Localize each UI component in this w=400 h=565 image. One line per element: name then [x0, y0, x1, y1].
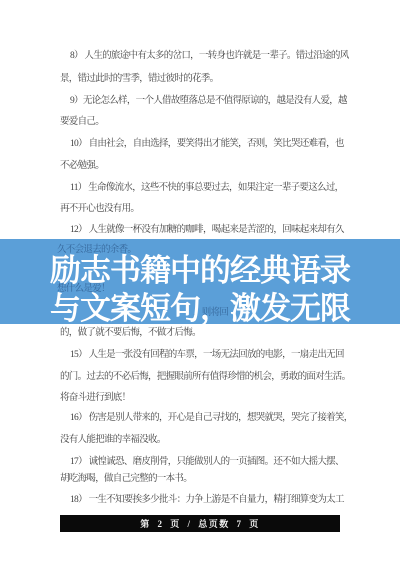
doc-line: 的，做了就不要后悔，不做才后悔。 — [60, 327, 201, 339]
doc-line: 16） 伤害是别人带来的，开心是自己寻找的，想哭就哭，哭完了接着笑， — [70, 412, 353, 424]
doc-line: 胡吃海喝，做自己完整的一本书。 — [60, 473, 192, 485]
doc-line: 没有人能把谁的幸福没收。 — [60, 434, 166, 446]
page-number-bar: 第 2 页 / 总页数 7 页 — [60, 515, 340, 532]
doc-line: 11） 生命像流水，这些不快的事总要过去，如果注定一辈子要这么过， — [70, 182, 343, 194]
doc-line: 要爱自己。 — [60, 116, 104, 128]
doc-line: 15） 人生是一张没有回程的车票，一场无法回放的电影，一扇走出无回 — [70, 349, 344, 361]
doc-line: 12） 人生就像一杯没有加糖的咖啡，喝起来是苦涩的，回味起来却有久 — [70, 224, 344, 236]
doc-line: 8） 人生的旅途中有太多的岔口，一转身也许就是一辈子。错过沿途的风 — [70, 50, 349, 62]
doc-line: 景，错过此时的雪季，错过彼时的花季。 — [60, 73, 218, 85]
doc-line: 18） 一生不知要挨多少批斗：力争上游是不自量力，精打细算变为太工 — [70, 494, 344, 506]
document-page: 8） 人生的旅途中有太多的岔口，一转身也许就是一辈子。错过沿途的风景，错过此时的… — [0, 0, 400, 565]
doc-line: 9）无论怎么样，一个人借故堕落总是不值得原谅的，越是没有人爱，越 — [70, 95, 347, 107]
doc-line: 将奋斗进行到底！ — [60, 392, 130, 404]
doc-line: 的门。过去的不必后悔，把握眼前所有值得珍惜的机会，勇敢的面对生活。 — [60, 371, 350, 383]
banner-title-line-2: 与文案短句，激发无限 — [0, 283, 400, 328]
doc-line: 17） 诚惶诚恐、磨皮削骨，只能做别人的一页插图。还不如大摇大摆、 — [70, 456, 344, 468]
doc-line: 再不开心也没有用。 — [60, 203, 139, 215]
doc-line: 不必勉强。 — [60, 160, 104, 172]
doc-line: 10） 自由社会，自由选择，要笑得出才能笑，否则，笑比哭还难看，也 — [70, 138, 344, 150]
page-number-label: 第 2 页 / 总页数 7 页 — [140, 517, 260, 530]
